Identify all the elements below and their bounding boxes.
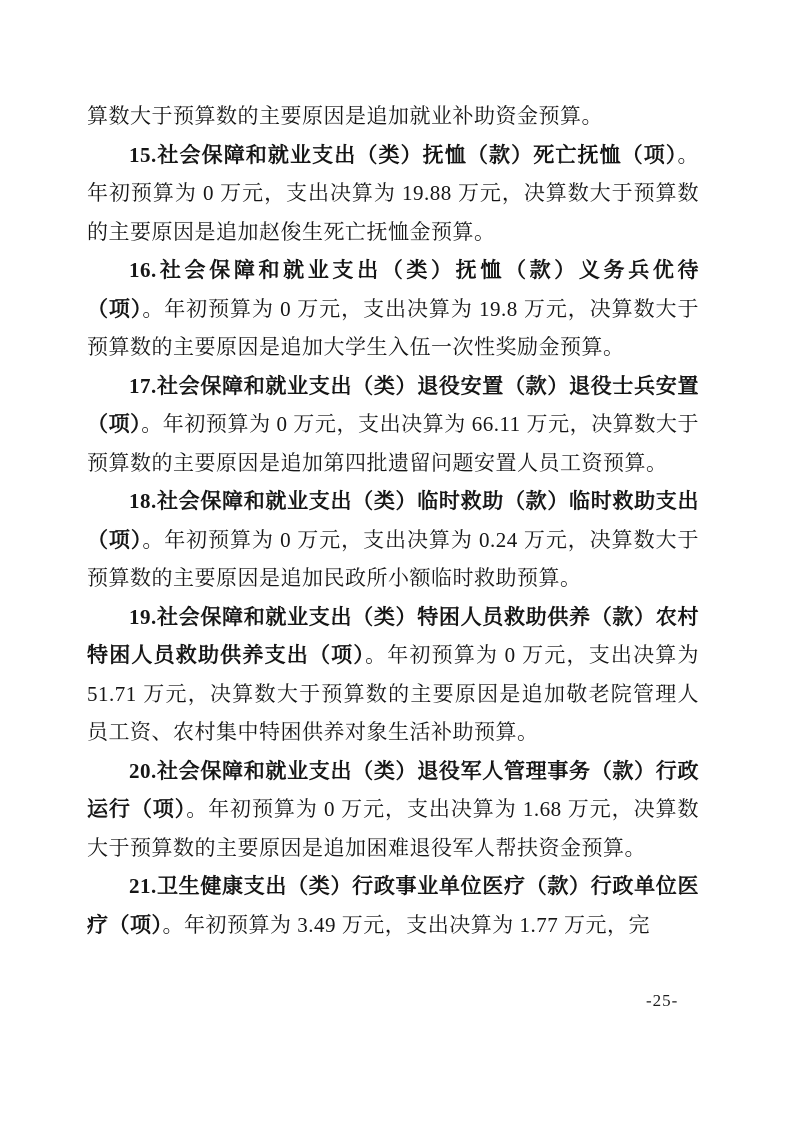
item-15-heading: 15.社会保障和就业支出（类）抚恤（款）死亡抚恤（项） (129, 143, 678, 167)
paragraph-item-15: 15.社会保障和就业支出（类）抚恤（款）死亡抚恤（项）。年初预算为 0 万元，支… (87, 136, 699, 252)
paragraph-item-19: 19.社会保障和就业支出（类）特困人员救助供养（款）农村特困人员救助供养支出（项… (87, 598, 699, 752)
item-16-body: 。年初预算为 0 万元，支出决算为 19.8 万元，决算数大于预算数的主要原因是… (87, 297, 699, 360)
paragraph-item-21: 21.卫生健康支出（类）行政事业单位医疗（款）行政单位医疗（项）。年初预算为 3… (87, 867, 699, 944)
paragraph-item-16: 16.社会保障和就业支出（类）抚恤（款）义务兵优待（项）。年初预算为 0 万元，… (87, 251, 699, 367)
paragraph-continuation: 算数大于预算数的主要原因是追加就业补助资金预算。 (87, 97, 699, 136)
document-page: 算数大于预算数的主要原因是追加就业补助资金预算。 15.社会保障和就业支出（类）… (0, 0, 794, 1122)
page-body-text: 算数大于预算数的主要原因是追加就业补助资金预算。 15.社会保障和就业支出（类）… (87, 97, 699, 944)
item-18-body: 。年初预算为 0 万元，支出决算为 0.24 万元，决算数大于预算数的主要原因是… (87, 528, 699, 591)
paragraph-item-18: 18.社会保障和就业支出（类）临时救助（款）临时救助支出（项）。年初预算为 0 … (87, 482, 699, 598)
page-number: -25- (646, 991, 678, 1011)
paragraph-item-17: 17.社会保障和就业支出（类）退役安置（款）退役士兵安置（项）。年初预算为 0 … (87, 367, 699, 483)
paragraph-item-20: 20.社会保障和就业支出（类）退役军人管理事务（款）行政运行（项）。年初预算为 … (87, 752, 699, 868)
item-21-body: 。年初预算为 3.49 万元，支出决算为 1.77 万元，完 (163, 913, 651, 937)
item-17-body: 。年初预算为 0 万元，支出决算为 66.11 万元，决算数大于预算数的主要原因… (87, 412, 699, 475)
